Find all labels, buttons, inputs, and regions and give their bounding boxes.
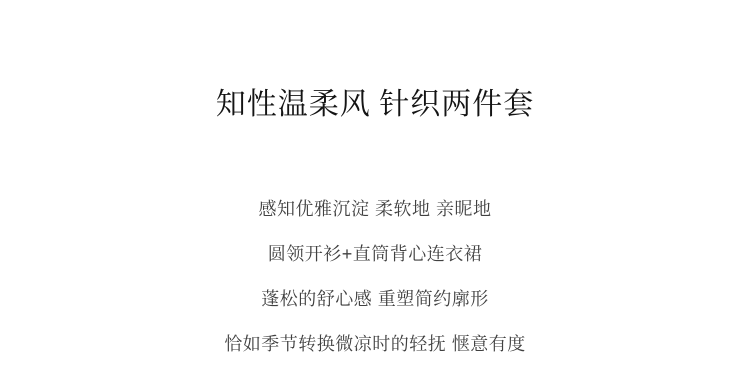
product-description-section: 知性温柔风 针织两件套 感知优雅沉淀 柔软地 亲昵地 圆领开衫+直筒背心连衣裙 … xyxy=(0,0,750,370)
description-line: 感知优雅沉淀 柔软地 亲昵地 xyxy=(0,187,750,232)
description-block: 感知优雅沉淀 柔软地 亲昵地 圆领开衫+直筒背心连衣裙 蓬松的舒心感 重塑简约廓… xyxy=(0,187,750,367)
description-line: 恰如季节转换微凉时的轻抚 惬意有度 xyxy=(0,322,750,367)
description-line: 蓬松的舒心感 重塑简约廓形 xyxy=(0,277,750,322)
description-line: 圆领开衫+直筒背心连衣裙 xyxy=(0,232,750,277)
page-title: 知性温柔风 针织两件套 xyxy=(0,86,750,124)
